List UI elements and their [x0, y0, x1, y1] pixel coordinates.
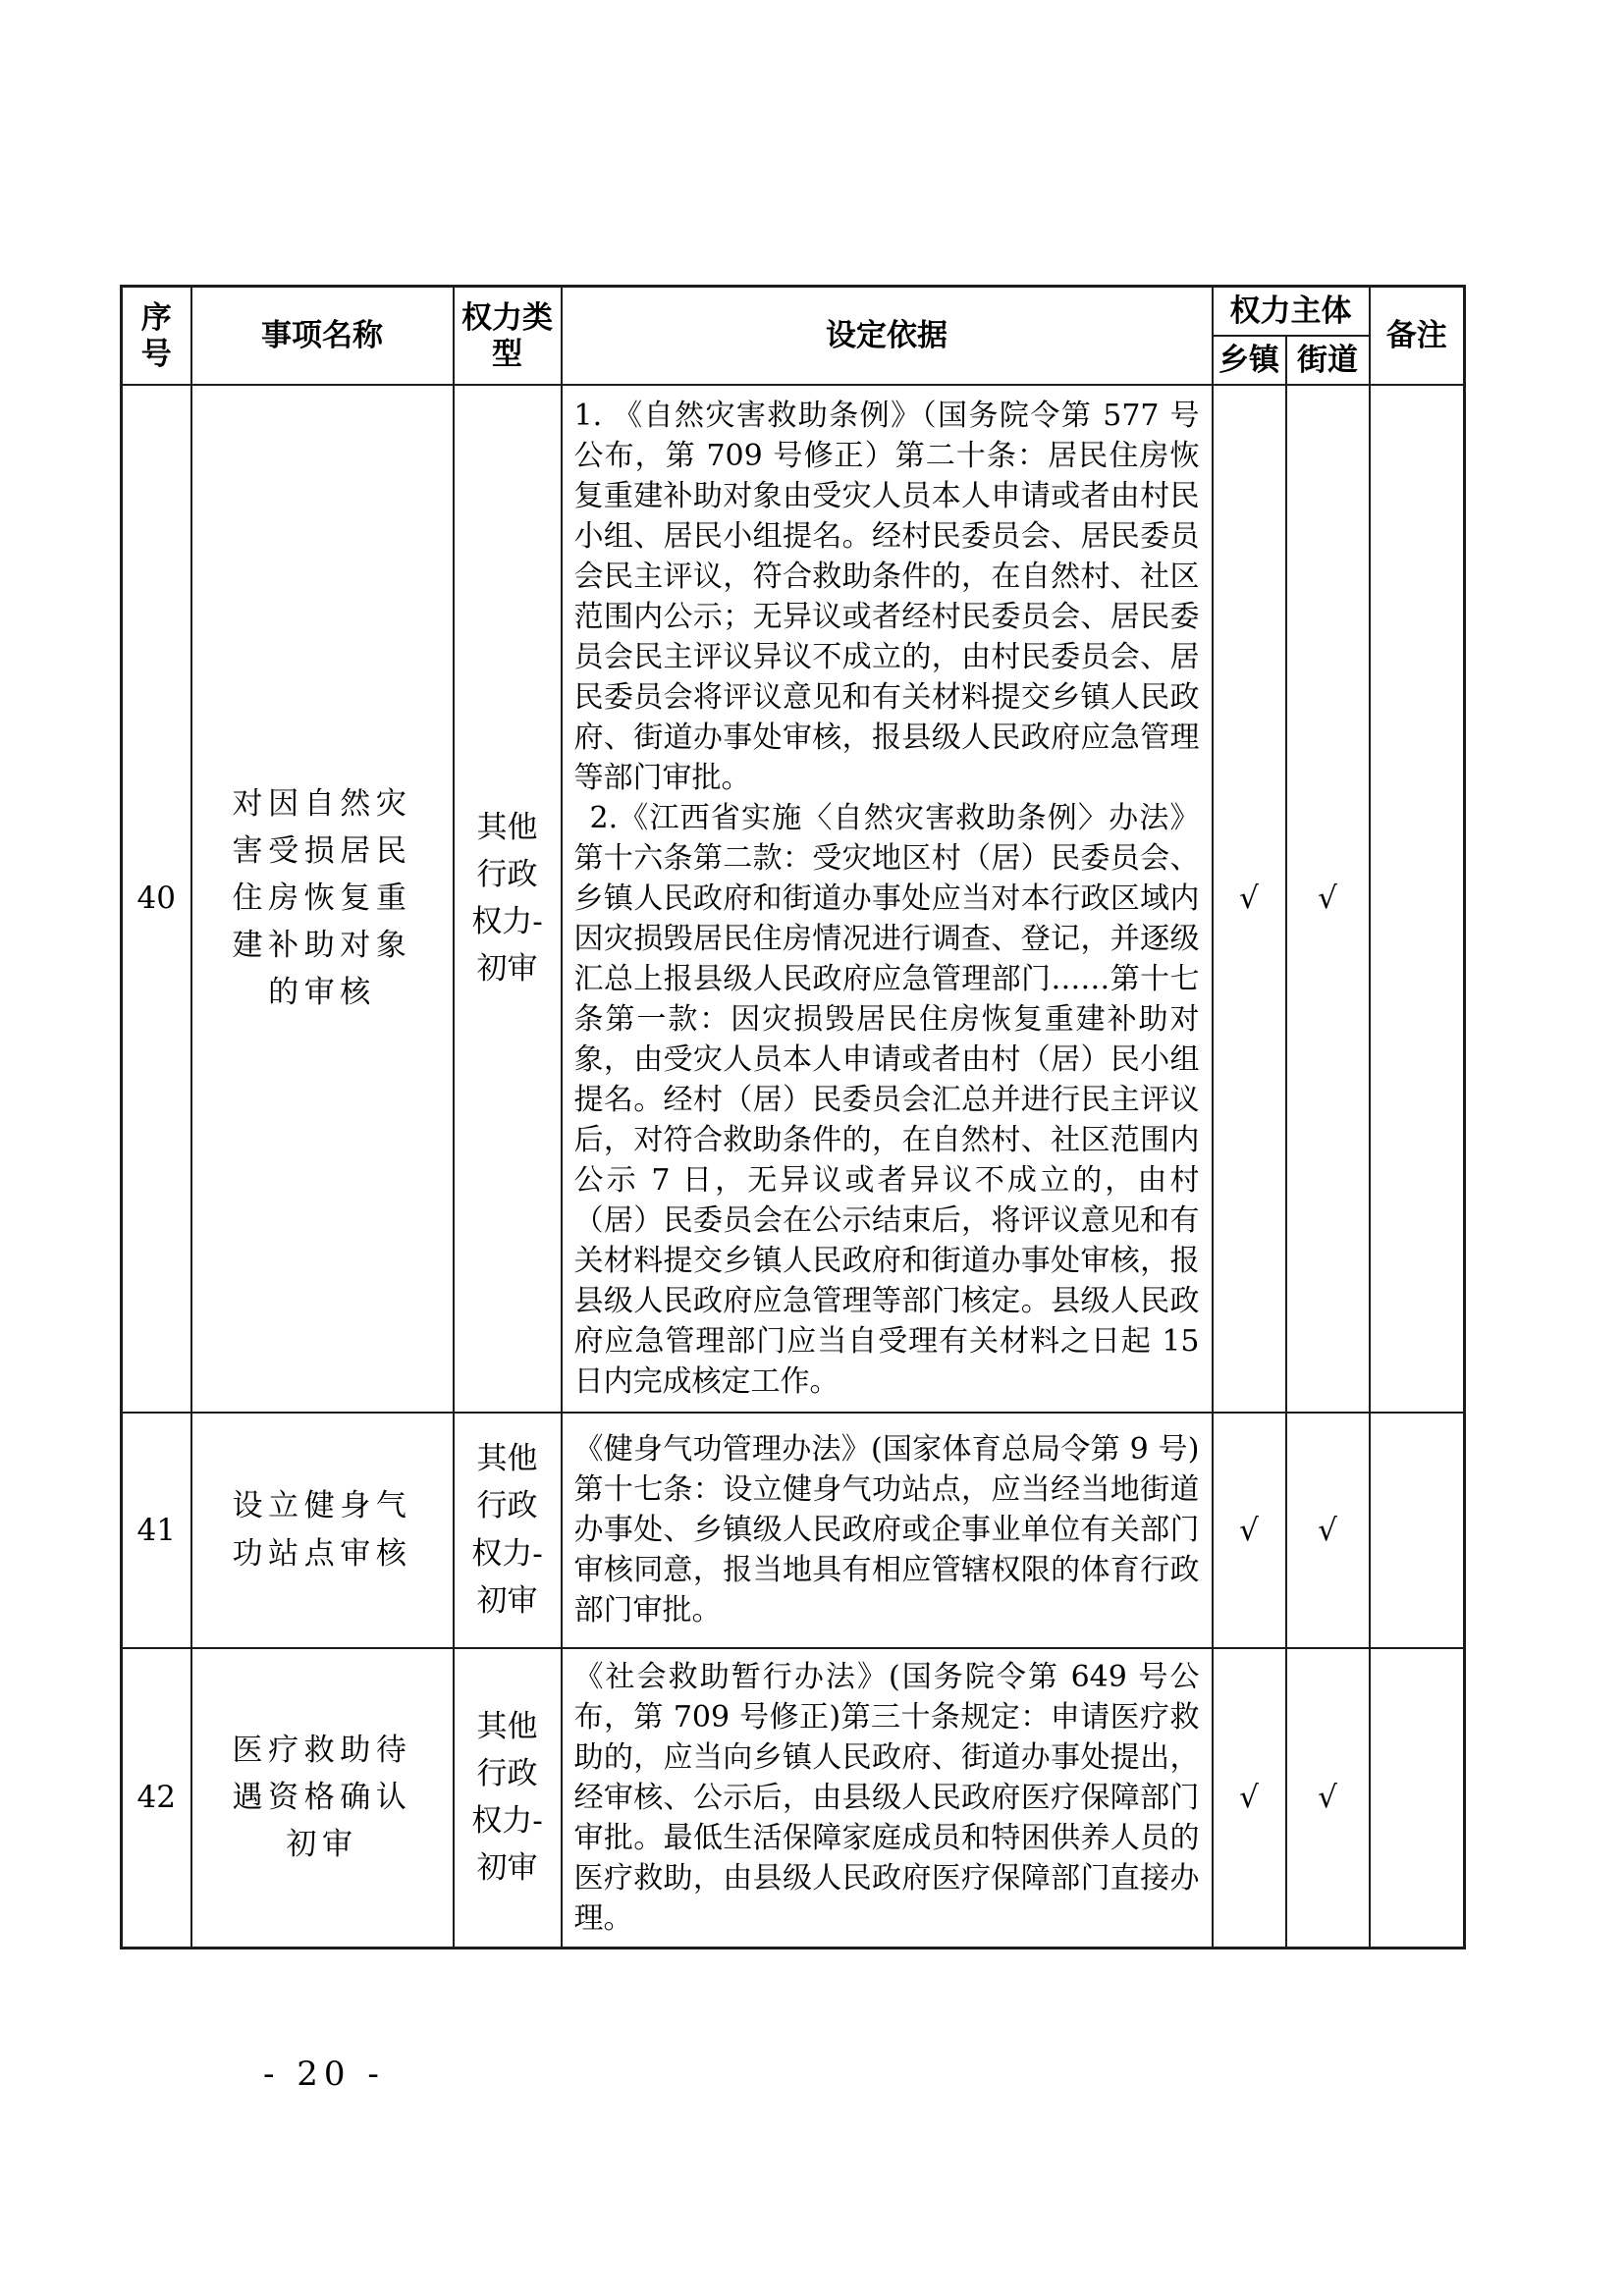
item-name-cell: 医疗救助待遇资格确认初审: [191, 1648, 454, 1949]
basis-cell: 1. 《自然灾害救助条例》（国务院令第 577 号公布，第 709 号修正）第二…: [562, 385, 1213, 1413]
table-row: 42 医疗救助待遇资格确认初审 其他行政权力-初审 《社会救助暂行办法》(国务院…: [122, 1648, 1465, 1949]
header-index: 序号: [122, 287, 191, 385]
check-mark: √: [1318, 1780, 1337, 1815]
basis-cell: 《健身气功管理办法》(国家体育总局令第 9 号)第十七条：设立健身气功站点，应当…: [562, 1413, 1213, 1648]
check-mark: √: [1239, 881, 1259, 916]
item-name-cell: 对因自然灾害受损居民住房恢复重建补助对象的审核: [191, 385, 454, 1413]
street-check-cell: √: [1286, 385, 1370, 1413]
header-basis: 设定依据: [562, 287, 1213, 385]
header-township: 乡镇: [1213, 336, 1286, 385]
header-power-type: 权力类型: [454, 287, 562, 385]
basis-cell: 《社会救助暂行办法》(国务院令第 649 号公布，第 709 号修正)第三十条规…: [562, 1648, 1213, 1949]
power-type-cell: 其他行政权力-初审: [454, 385, 562, 1413]
row-index-cell: 41: [122, 1413, 191, 1648]
power-type-cell: 其他行政权力-初审: [454, 1413, 562, 1648]
header-street: 街道: [1286, 336, 1370, 385]
basis-paragraph: 《健身气功管理办法》(国家体育总局令第 9 号)第十七条：设立健身气功站点，应当…: [574, 1429, 1200, 1630]
page-number: - 20 -: [263, 2055, 385, 2094]
basis-paragraph: 《社会救助暂行办法》(国务院令第 649 号公布，第 709 号修正)第三十条规…: [574, 1657, 1200, 1939]
check-mark: √: [1318, 1513, 1337, 1548]
power-type-cell: 其他行政权力-初审: [454, 1648, 562, 1949]
header-item-name: 事项名称: [191, 287, 454, 385]
basis-paragraph: 1. 《自然灾害救助条例》（国务院令第 577 号公布，第 709 号修正）第二…: [574, 396, 1200, 798]
township-check-cell: √: [1213, 1648, 1286, 1949]
basis-paragraph: 2.《江西省实施〈自然灾害救助条例〉办法》第十六条第二款：受灾地区村（居）民委员…: [574, 798, 1200, 1402]
item-name-cell: 设立健身气功站点审核: [191, 1413, 454, 1648]
check-mark: √: [1318, 881, 1337, 916]
street-check-cell: √: [1286, 1648, 1370, 1949]
table-row: 41 设立健身气功站点审核 其他行政权力-初审 《健身气功管理办法》(国家体育总…: [122, 1413, 1465, 1648]
remark-cell: [1370, 385, 1465, 1413]
table-row: 40 对因自然灾害受损居民住房恢复重建补助对象的审核 其他行政权力-初审 1. …: [122, 385, 1465, 1413]
header-remark: 备注: [1370, 287, 1465, 385]
row-index-cell: 42: [122, 1648, 191, 1949]
table-header-row-1: 序号 事项名称 权力类型 设定依据 权力主体 备注: [122, 287, 1465, 336]
header-authority-subject: 权力主体: [1213, 287, 1370, 336]
township-check-cell: √: [1213, 385, 1286, 1413]
check-mark: √: [1239, 1780, 1259, 1815]
check-mark: √: [1239, 1513, 1259, 1548]
township-check-cell: √: [1213, 1413, 1286, 1648]
row-index-cell: 40: [122, 385, 191, 1413]
remark-cell: [1370, 1648, 1465, 1949]
document-page: 序号 事项名称 权力类型 设定依据 权力主体 备注 乡镇 街道 40 对因自然灾…: [0, 0, 1624, 2296]
remark-cell: [1370, 1413, 1465, 1648]
street-check-cell: √: [1286, 1413, 1370, 1648]
authority-items-table: 序号 事项名称 权力类型 设定依据 权力主体 备注 乡镇 街道 40 对因自然灾…: [120, 285, 1466, 1949]
